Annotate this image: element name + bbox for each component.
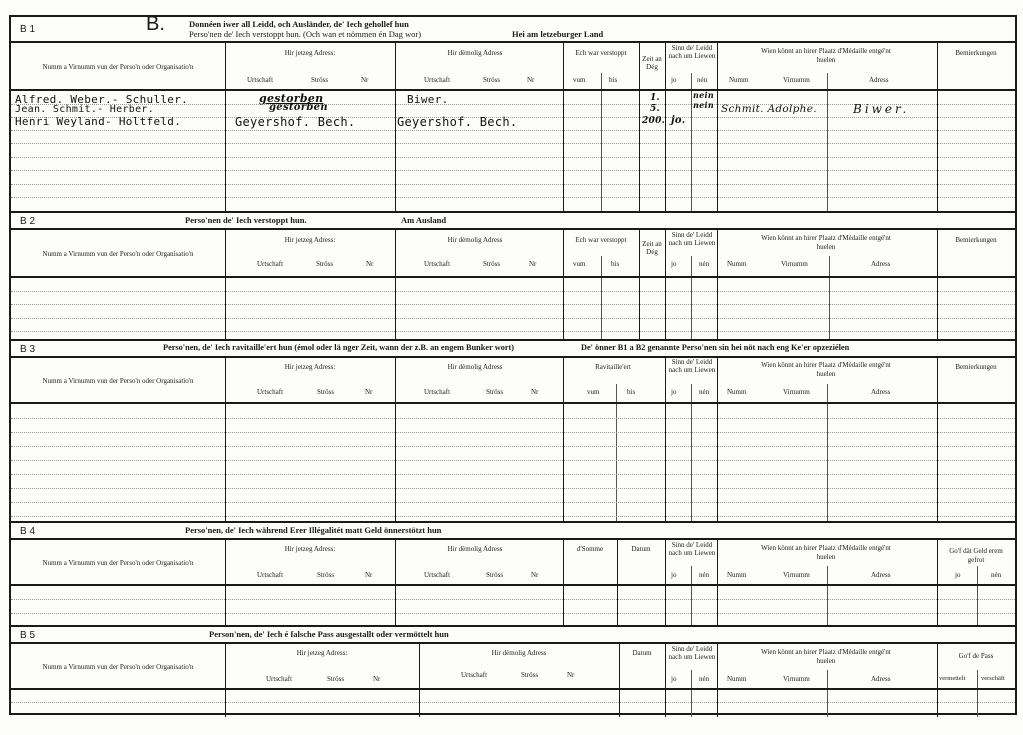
survived-header: Sinn de' Leidd nach um Liewen: [667, 44, 717, 60]
former-address-header: Hir dèmolig Adress: [395, 545, 555, 553]
locality-header: Urtschaft: [257, 571, 283, 579]
locality-header: Urtschaft: [266, 675, 292, 683]
section-b3-header: Numm a Virnumm vun der Perso'n oder Orga…: [11, 358, 1015, 404]
current-address-header: Hir jetzeg Adress:: [225, 545, 395, 553]
section-code: B 1: [20, 24, 35, 35]
entry-days: 200.: [642, 116, 665, 126]
no-header: nén: [697, 76, 707, 84]
pass-obtained-header: verschäft: [981, 675, 1005, 682]
surname-header: Numm: [727, 571, 746, 579]
date-header: Datum: [619, 649, 665, 657]
section-b5-title-bar: B 5 Person'nen, de' Iech é falsche Pass …: [11, 627, 1015, 644]
street-header: Ströss: [521, 671, 538, 679]
name-col-header: Numm a Virnumm vun der Perso'n oder Orga…: [11, 250, 225, 258]
number-header: Nr: [365, 388, 372, 396]
medal-header: Wien könnt an hirer Plaatz d'Médaille en…: [751, 47, 901, 65]
section-b3: B 3 Perso'nen, de' Iech ravitaille'ert h…: [11, 339, 1015, 521]
section-b4-header: Numm a Virnumm vun der Perso'n oder Orga…: [11, 540, 1015, 586]
from-header: vum: [587, 388, 599, 396]
entry-former-address: Biwer.: [407, 93, 449, 106]
firstname-header: Virnumm: [783, 675, 810, 683]
section-b4-title-bar: B 4 Perso'nen, de' Iech während Erer Ill…: [11, 523, 1015, 540]
address-header: Adress: [871, 260, 890, 268]
firstname-header: Virnumm: [781, 260, 808, 268]
section-b3-rows: [11, 404, 1015, 523]
locality-header: Urtschaft: [247, 76, 273, 84]
locality-header: Urtschaft: [257, 388, 283, 396]
entry-current-address: Geyershof. Bech.: [235, 115, 355, 129]
locality-header: Urtschaft: [424, 571, 450, 579]
former-address-header: Hir dèmolig Adress: [395, 49, 555, 57]
days-header: Zeit an Dég: [639, 240, 665, 256]
section-title: Perso'nen, de' Iech ravitaille'ert hun (…: [163, 343, 514, 352]
entry-former-address: Geyershof. Bech.: [397, 115, 517, 129]
address-header: Adress: [871, 388, 890, 396]
yes-header: jo: [955, 571, 960, 579]
section-code: B 2: [20, 216, 35, 227]
name-col-header: Numm a Virnumm vun der Perso'n oder Orga…: [11, 63, 225, 71]
section-b1-header: Numm a Virnumm vun der Perso'n oder Orga…: [11, 43, 1015, 91]
entry-days: 5.: [650, 104, 660, 114]
no-header: nén: [699, 571, 709, 579]
surname-header: Numm: [729, 76, 748, 84]
address-header: Adress: [871, 675, 890, 683]
section-b1: B 1 B. Donnéen iwer all Leidd, och Auslä…: [11, 17, 1015, 213]
section-b2-rows: [11, 278, 1015, 341]
no-header: nén: [699, 388, 709, 396]
firstname-header: Virnumm: [783, 388, 810, 396]
street-header: Ströss: [486, 571, 503, 579]
street-header: Ströss: [317, 388, 334, 396]
section-code: B 3: [20, 344, 35, 355]
section-b5-rows: [11, 690, 1015, 717]
locality-header: Urtschaft: [257, 260, 283, 268]
form-sheet: B 1 B. Donnéen iwer all Leidd, och Auslä…: [9, 15, 1017, 715]
locality-header: Urtschaft: [424, 388, 450, 396]
no-header: nén: [699, 260, 709, 268]
from-header: vum: [573, 76, 585, 84]
street-header: Ströss: [483, 260, 500, 268]
section-title: Perso'nen de' Iech verstoppt hun.: [185, 215, 307, 225]
street-header: Ströss: [327, 675, 344, 683]
number-header: Nr: [361, 76, 368, 84]
name-col-header: Numm a Virnumm vun der Perso'n oder Orga…: [11, 559, 225, 567]
number-header: Nr: [531, 388, 538, 396]
section-b4-rows: [11, 586, 1015, 627]
section-b1-rows: Alfred. Weber.- Schuller. Jean. Schmit.-…: [11, 91, 1015, 213]
street-header: Ströss: [316, 260, 333, 268]
survived-header: Sinn de' Leidd nach um Liewen: [667, 541, 717, 557]
remarks-header: Bemierkungen: [937, 236, 1015, 244]
section-b3-title-bar: B 3 Perso'nen, de' Iech ravitaille'ert h…: [11, 341, 1015, 358]
yes-header: jo: [671, 260, 676, 268]
entry-alive-no: nein: [693, 90, 714, 100]
from-header: vum: [573, 260, 585, 268]
street-header: Ströss: [483, 76, 500, 84]
number-header: Nr: [529, 260, 536, 268]
entry-current-address: gestorben: [269, 102, 328, 113]
survived-header: Sinn de' Leidd nach um Liewen: [667, 231, 717, 247]
street-header: Ströss: [317, 571, 334, 579]
number-header: Nr: [531, 571, 538, 579]
yes-header: jo: [671, 571, 676, 579]
medal-header: Wien könnt an hirer Plaatz d'Médaille en…: [751, 544, 901, 562]
sum-header: d'Somme: [563, 545, 617, 553]
section-b2-title-bar: B 2 Perso'nen de' Iech verstoppt hun. Am…: [11, 213, 1015, 230]
remarks-header: Bemierkungen: [937, 363, 1015, 371]
locality-header: Urtschaft: [424, 76, 450, 84]
locality-header: Urtschaft: [424, 260, 450, 268]
street-header: Ströss: [311, 76, 328, 84]
section-title-right: Am Ausland: [401, 215, 446, 225]
section-title: Perso'nen, de' Iech während Erer Illégal…: [185, 525, 441, 535]
section-title-right: Hei am letzeburger Land: [512, 29, 603, 39]
section-code: B 5: [20, 630, 35, 641]
date-header: Datum: [617, 545, 665, 553]
entry-days: 1.: [650, 93, 660, 103]
section-title: Person'nen, de' Iech é falsche Pass ausg…: [209, 629, 449, 639]
money-requested-header: Go'f dät Geld erem gefrot: [941, 547, 1011, 565]
entry-name: Jean. Schmit.- Herber.: [15, 104, 154, 115]
no-header: nén: [699, 675, 709, 683]
medal-header: Wien könnt an hirer Plaatz d'Médaille en…: [751, 234, 901, 252]
to-header: bis: [611, 260, 619, 268]
form-letter: B.: [146, 13, 165, 36]
hidden-header: Ech war verstoppt: [563, 236, 639, 244]
current-address-header: Hir jetzeg Adress:: [225, 236, 395, 244]
current-address-header: Hir jetzeg Adress:: [225, 49, 395, 57]
surname-header: Numm: [727, 675, 746, 683]
former-address-header: Hir dèmolig Adress: [395, 363, 555, 371]
to-header: bis: [627, 388, 635, 396]
entry-medal-name: Schmit. Adolphe.: [721, 103, 817, 115]
section-code: B 4: [20, 526, 35, 537]
number-header: Nr: [373, 675, 380, 683]
section-b2-header: Numm a Virnumm vun der Perso'n oder Orga…: [11, 230, 1015, 278]
entry-alive-yes: jo.: [671, 115, 686, 126]
days-header: Zeit an Dég: [639, 55, 665, 71]
section-title-line2: Perso'nen de' Iech verstoppt hun. (Och w…: [189, 29, 421, 39]
locality-header: Urtschaft: [461, 671, 487, 679]
survived-header: Sinn de' Leidd nach um Liewen: [667, 645, 717, 661]
supplied-header: Ravitaille'ert: [563, 363, 663, 371]
yes-header: jo: [671, 388, 676, 396]
section-title-line1: Donnéen iwer all Leidd, och Ausländer, d…: [189, 19, 409, 29]
yes-header: jo: [671, 76, 676, 84]
survived-header: Sinn de' Leidd nach um Liewen: [667, 358, 717, 374]
current-address-header: Hir jetzeg Adress:: [225, 649, 419, 657]
number-header: Nr: [366, 260, 373, 268]
medal-header: Wien könnt an hirer Plaatz d'Médaille en…: [751, 361, 901, 379]
no-header: nén: [991, 571, 1001, 579]
entry-alive-no: nein: [693, 100, 714, 110]
entry-name: Henri Weyland- Holtfeld.: [15, 115, 181, 128]
surname-header: Numm: [727, 260, 746, 268]
name-col-header: Numm a Virnumm vun der Perso'n oder Orga…: [11, 663, 225, 671]
section-b5-header: Numm a Virnumm vun der Perso'n oder Orga…: [11, 644, 1015, 690]
current-address-header: Hir jetzeg Adress:: [225, 363, 395, 371]
section-title-right: De' önner B1 a B2 genannte Perso'nen sin…: [581, 343, 849, 352]
former-address-header: Hir dèmolig Adress: [419, 649, 619, 657]
to-header: bis: [609, 76, 617, 84]
firstname-header: Virnumm: [783, 76, 810, 84]
remarks-header: Bemierkungen: [937, 49, 1015, 57]
street-header: Ströss: [486, 388, 503, 396]
yes-header: jo: [671, 675, 676, 683]
section-b2: B 2 Perso'nen de' Iech verstoppt hun. Am…: [11, 211, 1015, 339]
former-address-header: Hir dèmolig Adress: [395, 236, 555, 244]
section-b4: B 4 Perso'nen, de' Iech während Erer Ill…: [11, 521, 1015, 625]
number-header: Nr: [567, 671, 574, 679]
firstname-header: Virnumm: [783, 571, 810, 579]
name-col-header: Numm a Virnumm vun der Perso'n oder Orga…: [11, 377, 225, 385]
address-header: Adress: [869, 76, 888, 84]
pass-header: Go'f de Pass: [937, 652, 1015, 660]
section-b5: B 5 Person'nen, de' Iech é falsche Pass …: [11, 625, 1015, 715]
medal-header: Wien könnt an hirer Plaatz d'Médaille en…: [751, 648, 901, 666]
pass-mediated-header: vermettelt: [939, 675, 965, 682]
hidden-header: Ech war verstoppt: [563, 49, 639, 57]
section-b1-title-bar: B 1 B. Donnéen iwer all Leidd, och Auslä…: [11, 17, 1015, 43]
number-header: Nr: [365, 571, 372, 579]
surname-header: Numm: [727, 388, 746, 396]
address-header: Adress: [871, 571, 890, 579]
entry-medal-address: Biwer.: [853, 102, 909, 116]
number-header: Nr: [527, 76, 534, 84]
